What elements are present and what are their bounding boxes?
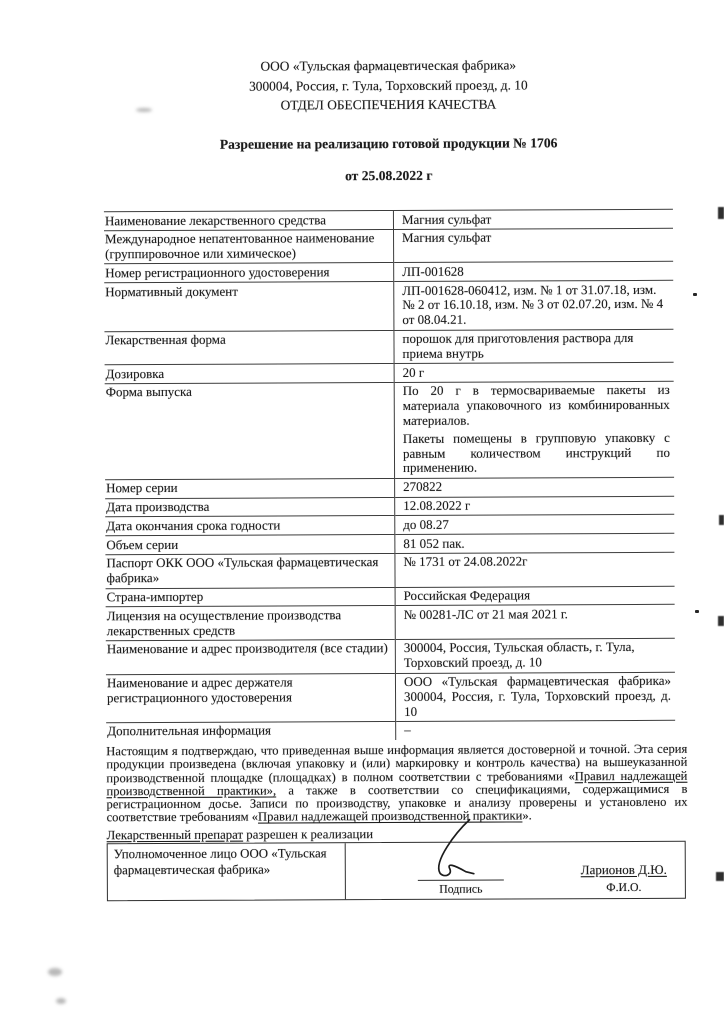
table-row: Дата окончания срока годности до 08.27 xyxy=(105,515,674,536)
signer-name-caption: Ф.И.О. xyxy=(564,880,684,896)
row-label: Номер регистрационного удостоверения xyxy=(104,263,394,283)
letterhead: ООО «Тульская фармацевтическая фабрика» … xyxy=(103,55,673,116)
row-label: Дозировка xyxy=(105,364,395,384)
row-value: – xyxy=(396,720,676,740)
row-label: Номер серии xyxy=(105,478,395,498)
scan-edge-mark xyxy=(719,515,724,525)
qa-statement: Настоящим я подтверждаю, что приведенная… xyxy=(106,743,687,825)
release-line-underlined: Лекарственный препарат xyxy=(107,828,243,843)
row-value: Российская Федерация xyxy=(395,586,675,606)
table-row: Паспорт ОКК ООО «Тульская фармацевтическ… xyxy=(105,552,674,588)
signature-caption: Подпись xyxy=(404,881,518,896)
row-label: Нормативный документ xyxy=(104,282,394,332)
table-row: Международное непатентованное наименован… xyxy=(104,228,673,264)
row-value: № 00281-ЛС от 21 мая 2021 г. xyxy=(395,605,675,640)
table-row: Дозировка 20 г xyxy=(105,362,674,383)
product-table: Наименование лекарственного средства Маг… xyxy=(104,209,675,741)
department-name: ОТДЕЛ ОБЕСПЕЧЕНИЯ КАЧЕСТВА xyxy=(103,94,673,116)
scan-smudge xyxy=(56,998,66,1004)
org-address: 300004, Россия, г. Тула, Торховский прое… xyxy=(103,74,673,96)
row-label: Объем серии xyxy=(105,535,395,555)
row-value: ЛП-001628 xyxy=(394,262,674,282)
table-row: Номер серии 270822 xyxy=(105,477,674,498)
row-label: Страна-импортер xyxy=(106,587,396,607)
row-value: 270822 xyxy=(395,477,675,497)
table-row: Объем серии 81 052 пак. xyxy=(105,533,674,554)
table-row: Дата производства 12.08.2022 г xyxy=(105,496,674,517)
authorized-person-label: Уполномоченное лицо ООО «Тульская фармац… xyxy=(108,843,346,900)
doc-date: от 25.08.2022 г xyxy=(104,167,674,185)
row-label: Дата окончания срока годности xyxy=(105,516,395,536)
scan-speck xyxy=(695,610,699,613)
scan-smudge xyxy=(136,108,152,112)
row-value: Магния сульфат xyxy=(394,228,674,263)
row-label: Наименование и адрес производителя (все … xyxy=(106,639,396,674)
row-value: порошок для приготовления раствора для п… xyxy=(394,329,674,364)
row-label: Форма выпуска xyxy=(105,382,395,479)
scan-edge-mark xyxy=(718,616,724,626)
signature-area: Подпись Ларионов Д.Ю. Ф.И.О. xyxy=(346,842,685,899)
table-row: Нормативный документ ЛП-001628-060412, и… xyxy=(104,280,673,331)
row-value: По 20 г в термосвариваемые пакеты из мат… xyxy=(394,381,674,478)
table-row: Форма выпуска По 20 г в термосвариваемые… xyxy=(105,381,674,479)
row-label: Наименование и адрес держателя регистрац… xyxy=(106,673,396,723)
table-row: Лицензия на осуществление производства л… xyxy=(106,605,675,641)
row-value: 81 052 пак. xyxy=(395,533,675,553)
doc-title: Разрешение на реализацию готовой продукц… xyxy=(104,135,674,153)
row-label: Паспорт ОКК ООО «Тульская фармацевтическ… xyxy=(105,553,395,588)
row-value: 300004, Россия, Тульская область, г. Тул… xyxy=(395,638,675,673)
row-value: ЛП-001628-060412, изм. № 1 от 31.07.18, … xyxy=(394,280,674,330)
table-row: Лекарственная форма порошок для приготов… xyxy=(104,329,673,365)
row-value: № 1731 от 24.08.2022г xyxy=(395,552,675,587)
scanned-document-page: ООО «Тульская фармацевтическая фабрика» … xyxy=(0,0,724,1024)
row-label: Наименование лекарственного средства xyxy=(104,211,394,231)
row-label: Лицензия на осуществление производства л… xyxy=(106,606,396,641)
row-value: Магния сульфат xyxy=(393,209,673,229)
table-row: Дополнительная информация – xyxy=(106,720,675,741)
scan-edge-mark xyxy=(718,207,724,219)
release-line-rest: разрешен к реализации xyxy=(243,827,373,842)
table-row: Наименование лекарственного средства Маг… xyxy=(104,209,673,230)
row-value: 12.08.2022 г xyxy=(395,496,675,516)
row-value: 20 г xyxy=(394,362,674,382)
table-row: Страна-импортер Российская Федерация xyxy=(106,586,675,607)
table-row: Наименование и адрес держателя регистрац… xyxy=(106,672,675,723)
org-name: ООО «Тульская фармацевтическая фабрика» xyxy=(103,55,673,77)
table-row: Наименование и адрес производителя (все … xyxy=(106,638,675,674)
scan-edge-mark xyxy=(716,872,724,881)
row-value: ООО «Тульская фармацевтическая фабрика» … xyxy=(395,672,675,722)
row-value: до 08.27 xyxy=(395,515,675,535)
row-value-paragraph: Пакеты помещены в групповую упаковку с р… xyxy=(403,431,670,477)
scan-speck xyxy=(693,293,697,296)
signer-name: Ларионов Д.Ю. xyxy=(564,862,684,879)
statement-text: ». xyxy=(522,809,532,823)
row-label: Дата производства xyxy=(105,497,395,517)
row-label: Международное непатентованное наименован… xyxy=(104,229,394,264)
row-label: Лекарственная форма xyxy=(104,330,394,365)
signature-scribble-icon xyxy=(414,817,506,883)
scan-smudge xyxy=(48,968,62,976)
table-row: Номер регистрационного удостоверения ЛП-… xyxy=(104,262,673,283)
signature-box: Уполномоченное лицо ООО «Тульская фармац… xyxy=(107,841,686,902)
row-value-paragraph: По 20 г в термосвариваемые пакеты из мат… xyxy=(403,383,670,429)
document-content: ООО «Тульская фармацевтическая фабрика» … xyxy=(103,0,683,1)
row-label: Дополнительная информация xyxy=(106,721,396,741)
